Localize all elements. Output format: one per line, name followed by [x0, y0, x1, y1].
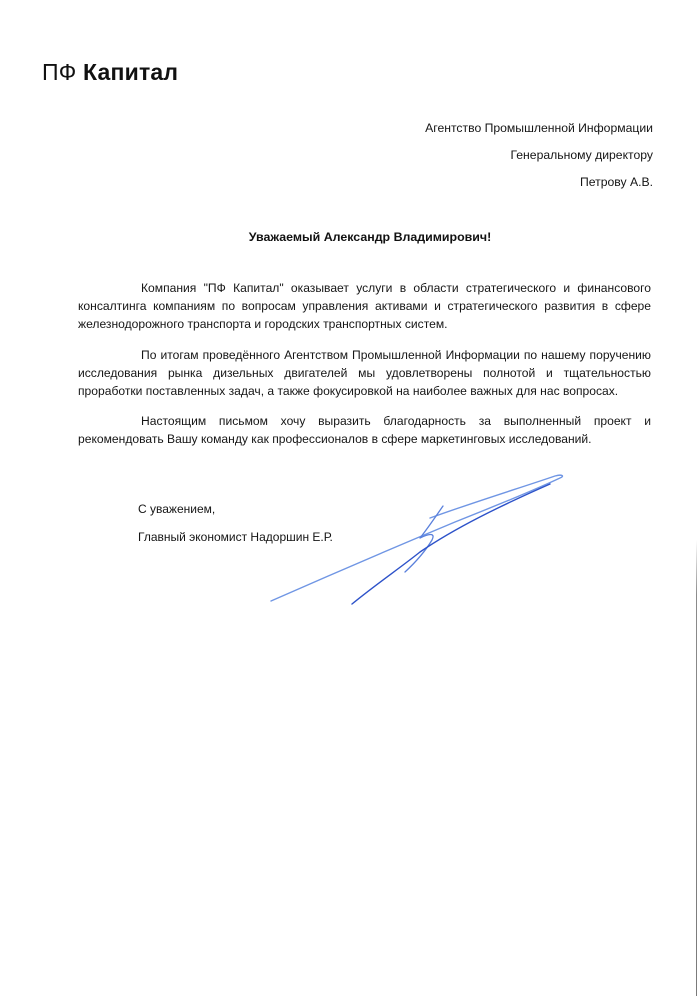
company-logo: ПФ Капитал — [42, 57, 178, 87]
closing-block: С уважением, Главный экономист Надоршин … — [138, 502, 333, 558]
recipient-position: Генеральному директору — [425, 148, 653, 162]
signatory-line: Главный экономист Надоршин Е.Р. — [138, 530, 333, 544]
recipient-name: Петрову А.В. — [425, 175, 653, 189]
letter-body: Компания "ПФ Капитал" оказывает услуги в… — [78, 279, 651, 461]
body-paragraph: По итогам проведённого Агентством Промыш… — [78, 346, 651, 401]
body-paragraph: Компания "ПФ Капитал" оказывает услуги в… — [78, 279, 651, 334]
body-paragraph: Настоящим письмом хочу выразить благодар… — [78, 412, 651, 448]
logo-prefix: ПФ — [42, 59, 76, 85]
letter-page: ПФ Капитал Агентство Промышленной Информ… — [0, 0, 700, 996]
logo-name: Капитал — [83, 59, 178, 85]
recipient-block: Агентство Промышленной Информации Генера… — [425, 121, 653, 202]
recipient-organization: Агентство Промышленной Информации — [425, 121, 653, 135]
salutation: Уважаемый Александр Владимирович! — [0, 230, 700, 244]
scan-edge-line — [696, 540, 697, 996]
closing-regards: С уважением, — [138, 502, 333, 516]
